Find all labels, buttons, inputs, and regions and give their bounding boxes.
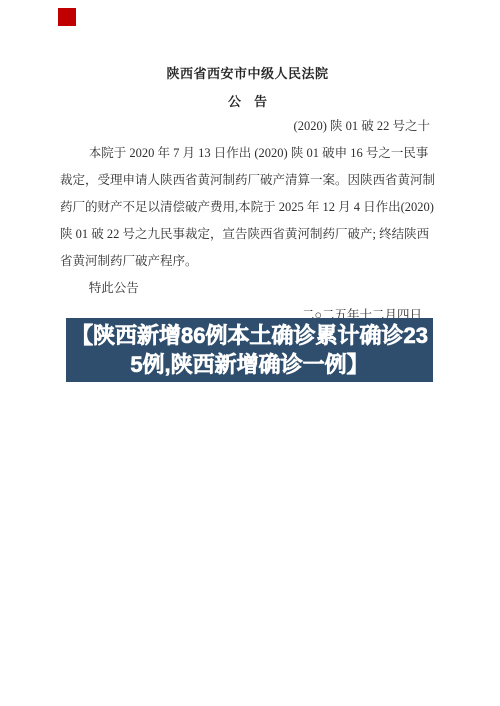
body-line: 陕 01 破 22 号之九民事裁定，宣告陕西省黄河制药厂破产; 终结陕西 [60,221,436,248]
notice-type-heading: 公 告 [60,91,435,110]
red-square-marker [58,8,76,26]
court-name-heading: 陕西省西安市中级人民法院 [60,63,435,82]
headline-line-1: 【陕西新增86例本土确诊累计确诊23 [66,321,433,350]
closing-statement: 特此公告 [60,275,436,302]
case-number: (2020) 陕 01 破 22 号之十 [60,113,436,140]
body-line: 省黄河制药厂破产程序。 [60,248,436,275]
news-headline-banner[interactable]: 【陕西新增86例本土确诊累计确诊23 5例,陕西新增确诊一例】 [66,318,433,382]
body-line: 本院于 2020 年 7 月 13 日作出 (2020) 陕 01 破申 16 … [60,140,436,167]
body-line: 药厂的财产不足以清偿破产费用,本院于 2025 年 12 月 4 日作出(202… [60,194,436,221]
headline-line-2: 5例,陕西新增确诊一例】 [66,350,433,379]
notice-body: (2020) 陕 01 破 22 号之十 本院于 2020 年 7 月 13 日… [60,113,436,329]
court-notice-page: 陕西省西安市中级人民法院 公 告 (2020) 陕 01 破 22 号之十 本院… [0,0,500,706]
body-line: 裁定，受理申请人陕西省黄河制药厂破产清算一案。因陕西省黄河制 [60,167,436,194]
